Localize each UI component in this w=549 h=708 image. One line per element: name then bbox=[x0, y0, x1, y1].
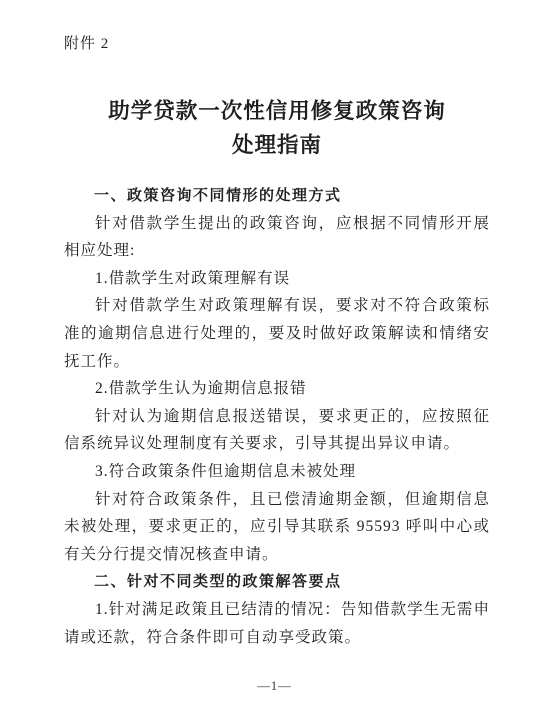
document-title: 助学贷款一次性信用修复政策咨询 处理指南 bbox=[64, 94, 490, 162]
section-heading-1: 一、政策咨询不同情形的处理方式 bbox=[64, 182, 490, 210]
document-body: 一、政策咨询不同情形的处理方式 针对借款学生提出的政策咨询，应根据不同情形开展相… bbox=[64, 182, 490, 651]
paragraph-2-1: 1.针对满足政策且已结清的情况：告知借款学生无需申请或还款，符合条件即可自动享受… bbox=[64, 596, 490, 651]
section-heading-2: 二、针对不同类型的政策解答要点 bbox=[64, 568, 490, 596]
subsection-heading-1-1: 1.借款学生对政策理解有误 bbox=[64, 265, 490, 293]
paragraph-1-3: 针对符合政策条件，且已偿清逾期金额，但逾期信息未被处理，要求更正的，应引导其联系… bbox=[64, 486, 490, 569]
paragraph-1-2: 针对认为逾期信息报送错误，要求更正的，应按照征信系统异议处理制度有关要求，引导其… bbox=[64, 403, 490, 458]
page-number: —1— bbox=[0, 679, 549, 694]
attachment-label: 附件 2 bbox=[64, 34, 490, 54]
document-title-line-1: 助学贷款一次性信用修复政策咨询 bbox=[64, 94, 490, 128]
document-page: 附件 2 助学贷款一次性信用修复政策咨询 处理指南 一、政策咨询不同情形的处理方… bbox=[0, 0, 549, 708]
subsection-heading-1-3: 3.符合政策条件但逾期信息未被处理 bbox=[64, 458, 490, 486]
subsection-heading-1-2: 2.借款学生认为逾期信息报错 bbox=[64, 375, 490, 403]
paragraph-intro: 针对借款学生提出的政策咨询，应根据不同情形开展相应处理: bbox=[64, 210, 490, 265]
document-title-line-2: 处理指南 bbox=[64, 128, 490, 162]
paragraph-1-1: 针对借款学生对政策理解有误，要求对不符合政策标准的逾期信息进行处理的，要及时做好… bbox=[64, 292, 490, 375]
